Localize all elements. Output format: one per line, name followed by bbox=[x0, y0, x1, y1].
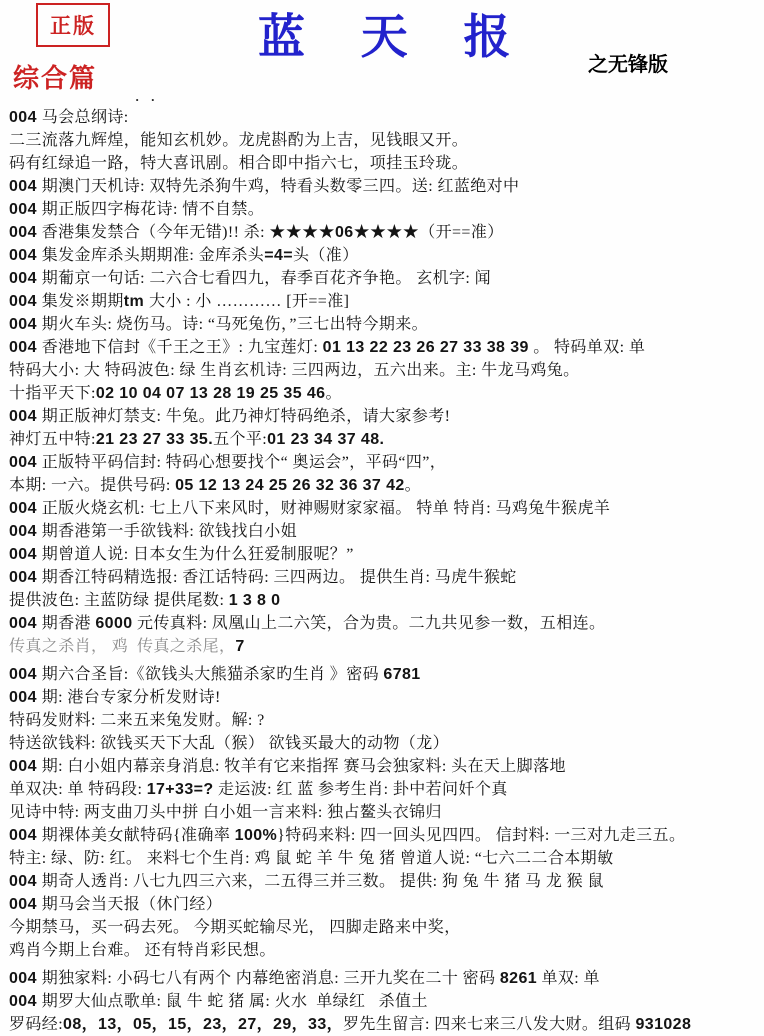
text-line: 004 期奇人透肖: 八七九四三六来，二五得三并三数。 提供: 狗 兔 牛 猪 … bbox=[9, 870, 764, 893]
newspaper-page: 正版 蓝 天 报 之无锋版 综合篇 · · 004 马会总纲诗:二三流落九辉煌，… bbox=[0, 0, 764, 1036]
text-line: 见诗中特: 两支曲刀头中拼 白小姐一言来料: 独占鳌头衣锦归 bbox=[9, 801, 764, 824]
text-line: 004 期裸体美女献特码{准确率 100%}特码来料: 四一回头见四四。 信封料… bbox=[9, 824, 764, 847]
text-line: 004 期曾道人说: 日本女生为什么狂爱制服呢？” bbox=[9, 543, 764, 566]
text-line: 004 马会总纲诗: bbox=[9, 106, 764, 129]
text-line: 004 期罗大仙点歌单: 鼠 牛 蛇 猪 属: 火水 单绿红 杀值土 bbox=[9, 990, 764, 1013]
text-line: 004 期马会当天报（休门经） bbox=[9, 893, 764, 916]
text-line: 特码发财料: 二来五来兔发财。解: ? bbox=[9, 709, 764, 732]
text-line: 004 期香港第一手欲钱料: 欲钱找白小姐 bbox=[9, 520, 764, 543]
text-line: 004 期六合圣旨:《欲钱头大熊猫杀家旳生肖 》密码 6781 bbox=[9, 663, 764, 686]
text-line: 传真之杀肖， 鸡 传真之杀尾，7 bbox=[9, 635, 764, 658]
text-line: 罗码经:08，13，05，15，23，27，29，33，罗先生留言: 四来七来三… bbox=[9, 1013, 764, 1036]
section-heading: 综合篇 bbox=[13, 58, 97, 95]
text-line: 004 期葡京一句话: 二六合七看四九，春季百花齐争艳。 玄机字: 闻 bbox=[9, 267, 764, 290]
text-line: 004 期火车头: 烧伤马。诗: “马死兔伤，”三七出特今期来。 bbox=[9, 313, 764, 336]
text-line: 004 期香港 6000 元传真料: 凤凰山上二六笑，合为贵。二九共见参一数，五… bbox=[9, 612, 764, 635]
text-line: 今期禁马，买一码去死。 今期买蛇输尽光， 四脚走路来中奖， bbox=[9, 916, 764, 939]
text-line: 004 香港集发禁合（今年无错)!! 杀: ★★★★06★★★★（开==准） bbox=[9, 221, 764, 244]
text-line: 特主: 绿、防: 红。 来料七个生肖: 鸡 鼠 蛇 羊 牛 兔 猪 曾道人说: … bbox=[9, 847, 764, 870]
body-lines: 004 马会总纲诗:二三流落九辉煌，能知玄机妙。龙虎斟酌为上吉，见钱眼又开。码有… bbox=[9, 106, 764, 1036]
text-line: 004 期: 港台专家分析发财诗! bbox=[9, 686, 764, 709]
text-line: 本期: 一六。提供号码: 05 12 13 24 25 26 32 36 37 … bbox=[9, 474, 764, 497]
text-line: 004 正版火烧玄机: 七上八下来风时，财神赐财家家福。 特单 特肖: 马鸡兔牛… bbox=[9, 497, 764, 520]
page-title: 蓝 天 报 bbox=[258, 0, 533, 67]
text-line: 十指平天下:02 10 04 07 13 28 19 25 35 46。 bbox=[9, 382, 764, 405]
text-line: 004 集发※期期tm 大小 : 小 ………… [开==准] bbox=[9, 290, 764, 313]
text-line: 004 期: 白小姐内幕亲身消息: 牧羊有它来指挥 赛马会独家料: 头在天上脚落… bbox=[9, 755, 764, 778]
text-line: 神灯五中特:21 23 27 33 35.五个平:01 23 34 37 48. bbox=[9, 428, 764, 451]
text-line: 004 期澳门天机诗: 双特先杀狗牛鸡，特看头数零三四。送: 红蓝绝对中 bbox=[9, 175, 764, 198]
text-line: 004 期独家料: 小码七八有两个 内幕绝密消息: 三开九奖在二十 密码 826… bbox=[9, 967, 764, 990]
edition-label: 之无锋版 bbox=[588, 48, 668, 77]
text-line: 004 期香江特码精选报: 香江话特码: 三四两边。 提供生肖: 马虎牛猴蛇 bbox=[9, 566, 764, 589]
text-line: 004 香港地下信封《千王之王》: 九宝莲灯: 01 13 22 23 26 2… bbox=[9, 336, 764, 359]
text-line: 特送欲钱料: 欲钱买天下大乱（猴） 欲钱买最大的动物（龙） bbox=[9, 732, 764, 755]
text-line: 004 期正版神灯禁支: 牛兔。此乃神灯特码绝杀，请大家参考! bbox=[9, 405, 764, 428]
text-line: 码有红绿追一路，特大喜讯剧。相合即中指六七，项挂玉玲珑。 bbox=[9, 152, 764, 175]
text-line: 二三流落九辉煌，能知玄机妙。龙虎斟酌为上吉，见钱眼又开。 bbox=[9, 129, 764, 152]
text-line: 004 正版特平码信封: 特码心想要找个“ 奥运会”，平码“四”， bbox=[9, 451, 764, 474]
authentic-badge: 正版 bbox=[36, 3, 110, 47]
text-line: 004 期正版四字梅花诗: 情不自禁。 bbox=[9, 198, 764, 221]
text-line: 鸡肖今期上台难。 还有特肖彩民想。 bbox=[9, 939, 764, 962]
text-line: 单双决: 单 特码段: 17+33=? 走运波: 红 蓝 参考生肖: 卦中若问奷… bbox=[9, 778, 764, 801]
text-line: 提供波色: 主蓝防绿 提供尾数: 1 3 8 0 bbox=[9, 589, 764, 612]
text-line: 004 集发金库杀头期期准: 金库杀头=4=头（准） bbox=[9, 244, 764, 267]
text-line: 特码大小: 大 特码波色: 绿 生肖玄机诗: 三四两边，五六出来。主: 牛龙马鸡… bbox=[9, 359, 764, 382]
